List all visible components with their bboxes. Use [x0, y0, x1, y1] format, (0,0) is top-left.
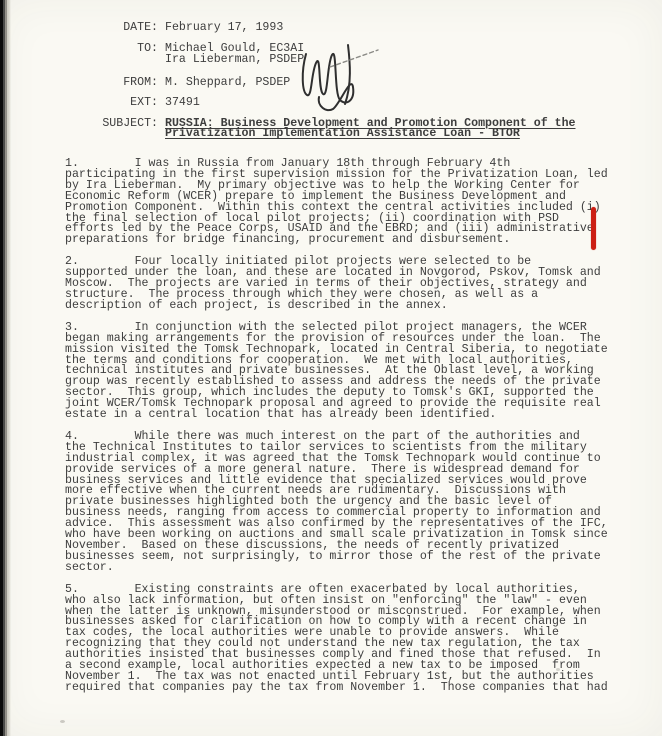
to-value: Michael Gould, EC3AI Ira Lieberman, PSDE… — [158, 44, 304, 66]
memo-body: 1. I was in Russia from January 18th thr… — [65, 159, 650, 705]
subject-label: SUBJECT: — [65, 119, 158, 130]
ext-value: 37491 — [158, 98, 200, 109]
header-row-to: TO: Michael Gould, EC3AI Ira Lieberman, … — [65, 44, 625, 66]
date-value: February 17, 1993 — [158, 23, 283, 34]
scanned-memo-page: DATE: February 17, 1993 TO: Michael Goul… — [0, 0, 662, 736]
header-row-ext: EXT: 37491 — [65, 98, 625, 109]
red-margin-mark — [591, 207, 596, 250]
subject-value: RUSSIA: Business Development and Promoti… — [158, 119, 576, 141]
memo-header: DATE: February 17, 1993 TO: Michael Goul… — [65, 23, 625, 140]
to-label: TO: — [65, 44, 158, 55]
scan-edge-artifact — [0, 0, 11, 736]
paragraph-5: 5. Existing constraints are often exacer… — [65, 585, 650, 694]
paragraph-2: 2. Four locally initiated pilot projects… — [65, 257, 650, 312]
header-row-from: FROM: M. Sheppard, PSDEP — [65, 78, 625, 89]
from-label: FROM: — [65, 78, 158, 89]
paragraph-4: 4. While there was much interest on the … — [65, 432, 650, 574]
paragraph-3: 3. In conjunction with the selected pilo… — [65, 323, 650, 421]
header-row-subject: SUBJECT: RUSSIA: Business Development an… — [65, 119, 625, 141]
from-value: M. Sheppard, PSDEP — [158, 78, 290, 89]
paragraph-1: 1. I was in Russia from January 18th thr… — [65, 159, 650, 246]
date-label: DATE: — [65, 23, 158, 34]
scan-speck — [556, 668, 560, 671]
ext-label: EXT: — [65, 98, 158, 109]
scan-speck — [60, 720, 65, 723]
header-row-date: DATE: February 17, 1993 — [65, 23, 625, 34]
